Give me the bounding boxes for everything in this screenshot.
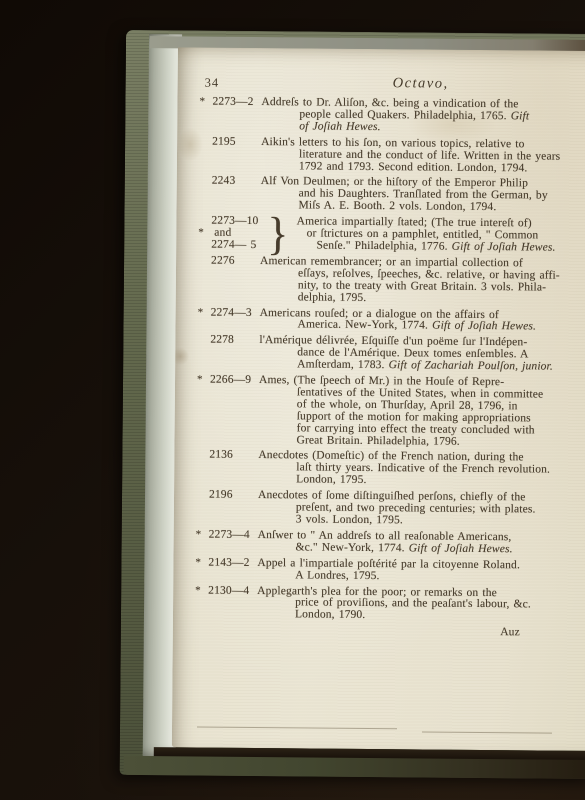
entry-number: 2243 [212, 176, 261, 188]
entry-number: 2273—2 [212, 97, 261, 109]
catalog-entry: *2274—3Americans rouſed; or a dialogue o… [175, 307, 585, 334]
margin-asterisk: * [198, 228, 211, 240]
entry-text: Miſs A. E. Booth. 2 vols. London, 1794. [299, 200, 497, 214]
entry-number: 2143—2 [208, 557, 257, 569]
entry-line: Senſe." Philadelphia, 1776. Gift of Joſi… [296, 240, 555, 254]
entry-line: America. New-York, 1774. Gift of Joſiah … [175, 319, 585, 334]
catalog-entry: *2273—10and2274— 5}America impartially ſ… [176, 215, 585, 254]
entry-text-italic: Gift of Joſiah Hewes. [432, 320, 536, 333]
margin-asterisk: * [199, 97, 212, 109]
catalog-entry: *2143—2Appel a l'impartiale poſtérité pa… [173, 557, 583, 584]
entry-line: 1792 and 1793. Second edition. London, 1… [177, 160, 585, 175]
entries: *2273—2Addreſs to Dr. Aliſon, &c. being … [173, 96, 585, 640]
entry-number: 2266—9 [210, 375, 259, 387]
page-tear-line [422, 731, 552, 733]
entry-text: Senſe." Philadelphia, 1776. [316, 240, 451, 253]
entry-number: 2274— 5 [211, 240, 265, 252]
catalog-entry: 2243Alf Von Deulmen; or the hiſtory of t… [177, 176, 585, 215]
catalog-entry: 2196Anecdotes of ſome diſtinguiſhed perſ… [174, 490, 584, 529]
entry-text-italic: of Joſiah Hewes. [299, 120, 380, 133]
entry-text: London, 1795. [296, 474, 366, 487]
entry-text: 1792 and 1793. Second edition. London, 1… [299, 160, 528, 174]
catchword: Auz [173, 625, 583, 640]
entry-number: 2276 [211, 256, 260, 268]
entry-text: Amſterdam, 1783. [297, 359, 389, 372]
catalog-entry: 2276American remembrancer; or an imparti… [176, 255, 585, 306]
margin-asterisk: * [195, 585, 208, 597]
catalog-entry: *2130—4Applegarth's plea for the poor; o… [173, 585, 583, 624]
entry-number: 2136 [209, 450, 258, 462]
entry-number: 2278 [210, 335, 259, 347]
margin-asterisk: * [198, 307, 211, 319]
entry-text: London, 1790. [295, 609, 365, 622]
running-title: Octavo, [393, 75, 449, 92]
margin-asterisk: * [195, 557, 208, 569]
entry-number: 2130—4 [208, 585, 257, 597]
catalog-entry: *2273—2Addreſs to Dr. Aliſon, &c. being … [177, 96, 585, 135]
entry-text: A Londres, 1795. [295, 569, 379, 582]
photo-background: { "colors": { "background": "#17100a", "… [0, 0, 585, 800]
book: 34 Octavo, *2273—2Addreſs to Dr. Aliſon,… [0, 0, 585, 800]
entry-line: A Londres, 1795. [173, 569, 583, 584]
page-number: 34 [205, 76, 220, 91]
entry-number-column: 2273—10and2274— 5 [211, 216, 265, 252]
page-tear-line [197, 727, 397, 730]
book-page: 34 Octavo, *2273—2Addreſs to Dr. Aliſon,… [172, 47, 585, 751]
catalog-entry: 2278l'Amérique délivrée, Eſquiſſe d'un p… [175, 335, 585, 374]
entry-text-italic: Gift of Joſiah Hewes. [409, 542, 513, 555]
entry-number: 2274—3 [211, 307, 260, 319]
margin-asterisk: * [197, 375, 210, 387]
margin-asterisk: * [196, 529, 209, 541]
book-cover-bottom-edge [124, 756, 585, 779]
entry-text: delphia, 1795. [298, 291, 367, 304]
entry-number: 2273—4 [209, 530, 258, 542]
entry-text-italic: Gift of Zachariah Poulſon, junior. [389, 359, 553, 372]
catalog-entry: 2136Anecdotes (Domeſtic) of the French n… [174, 450, 584, 489]
brace-entry-row: *2273—10and2274— 5}America impartially ſ… [176, 215, 585, 254]
entry-text: Great Britain. Philadelphia, 1796. [296, 434, 459, 447]
entry-text: America. New-York, 1774. [297, 319, 432, 332]
entry-number: 2196 [209, 490, 258, 502]
entry-number: 2195 [212, 136, 261, 148]
catalog-entry: 2195Aikin's letters to his ſon, on vario… [177, 136, 585, 175]
entry-text-column: America impartially ſtated; (The true in… [296, 217, 555, 255]
entry-text: &c." New-York, 1774. [296, 541, 409, 554]
entry-text-italic: Gift [511, 110, 530, 122]
entry-text: 3 vols. London, 1795. [296, 513, 403, 526]
entry-text-italic: Gift of Joſiah Hewes. [452, 241, 556, 254]
entry-line: Amſterdam, 1783. Gift of Zachariah Poulſ… [175, 358, 585, 373]
entry-line: &c." New-York, 1774. Gift of Joſiah Hewe… [174, 541, 584, 556]
brace-glyph: } [267, 216, 289, 252]
catalog-entry: *2273—4Anſwer to " An addreſs to all rea… [174, 529, 584, 556]
catalog-entry: *2266—9Ames, (The ſpeech of Mr.) in the … [174, 374, 585, 449]
